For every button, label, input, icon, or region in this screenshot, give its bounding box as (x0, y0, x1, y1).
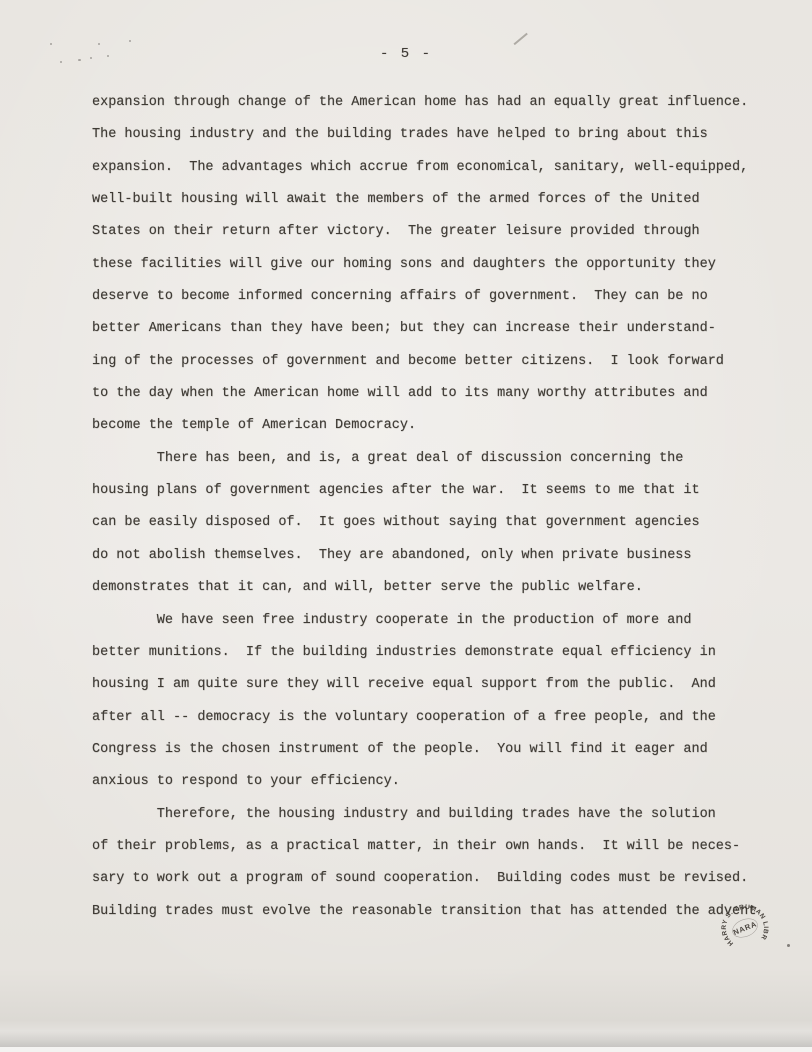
document-page: - 5 - expansion through change of the Am… (0, 0, 812, 1052)
document-line: Therefore, the housing industry and buil… (92, 799, 752, 831)
paper-speck (98, 43, 100, 45)
document-line: States on their return after victory. Th… (92, 216, 752, 248)
paper-speck (107, 55, 109, 57)
paper-speck (90, 57, 92, 59)
document-line: better Americans than they have been; bu… (92, 313, 752, 345)
paper-speck (787, 944, 790, 947)
document-line: deserve to become informed concerning af… (92, 281, 752, 313)
document-line: anxious to respond to your efficiency. (92, 766, 752, 798)
stamp-center-text: NARA (732, 919, 758, 937)
document-line: We have seen free industry cooperate in … (92, 605, 752, 637)
document-line: Congress is the chosen instrument of the… (92, 734, 752, 766)
document-line: housing plans of government agencies aft… (92, 475, 752, 507)
document-line: these facilities will give our homing so… (92, 249, 752, 281)
document-body: expansion through change of the American… (92, 87, 752, 928)
pen-scratch-mark (514, 33, 528, 45)
page-number: - 5 - (0, 46, 812, 62)
truman-library-stamp: HARRY S. TRUMAN LIBRARY NARA (715, 898, 775, 958)
document-line: ing of the processes of government and b… (92, 346, 752, 378)
document-line: sary to work out a program of sound coop… (92, 863, 752, 895)
scan-bottom-edge (0, 1047, 812, 1052)
document-line: There has been, and is, a great deal of … (92, 443, 752, 475)
document-line: expansion through change of the American… (92, 87, 752, 119)
paper-speck (60, 61, 62, 63)
document-line: expansion. The advantages which accrue f… (92, 152, 752, 184)
paper-speck (129, 40, 131, 42)
document-line: demonstrates that it can, and will, bett… (92, 572, 752, 604)
document-line: after all -- democracy is the voluntary … (92, 702, 752, 734)
document-line: become the temple of American Democracy. (92, 410, 752, 442)
document-line: Building trades must evolve the reasonab… (92, 896, 752, 928)
scan-bottom-edge-shadow (0, 1031, 812, 1047)
paper-speck (50, 43, 52, 45)
document-line: of their problems, as a practical matter… (92, 831, 752, 863)
document-line: can be easily disposed of. It goes witho… (92, 507, 752, 539)
document-line: better munitions. If the building indust… (92, 637, 752, 669)
document-line: to the day when the American home will a… (92, 378, 752, 410)
document-line: do not abolish themselves. They are aban… (92, 540, 752, 572)
paper-speck (78, 59, 81, 61)
document-line: housing I am quite sure they will receiv… (92, 669, 752, 701)
document-line: well-built housing will await the member… (92, 184, 752, 216)
document-line: The housing industry and the building tr… (92, 119, 752, 151)
